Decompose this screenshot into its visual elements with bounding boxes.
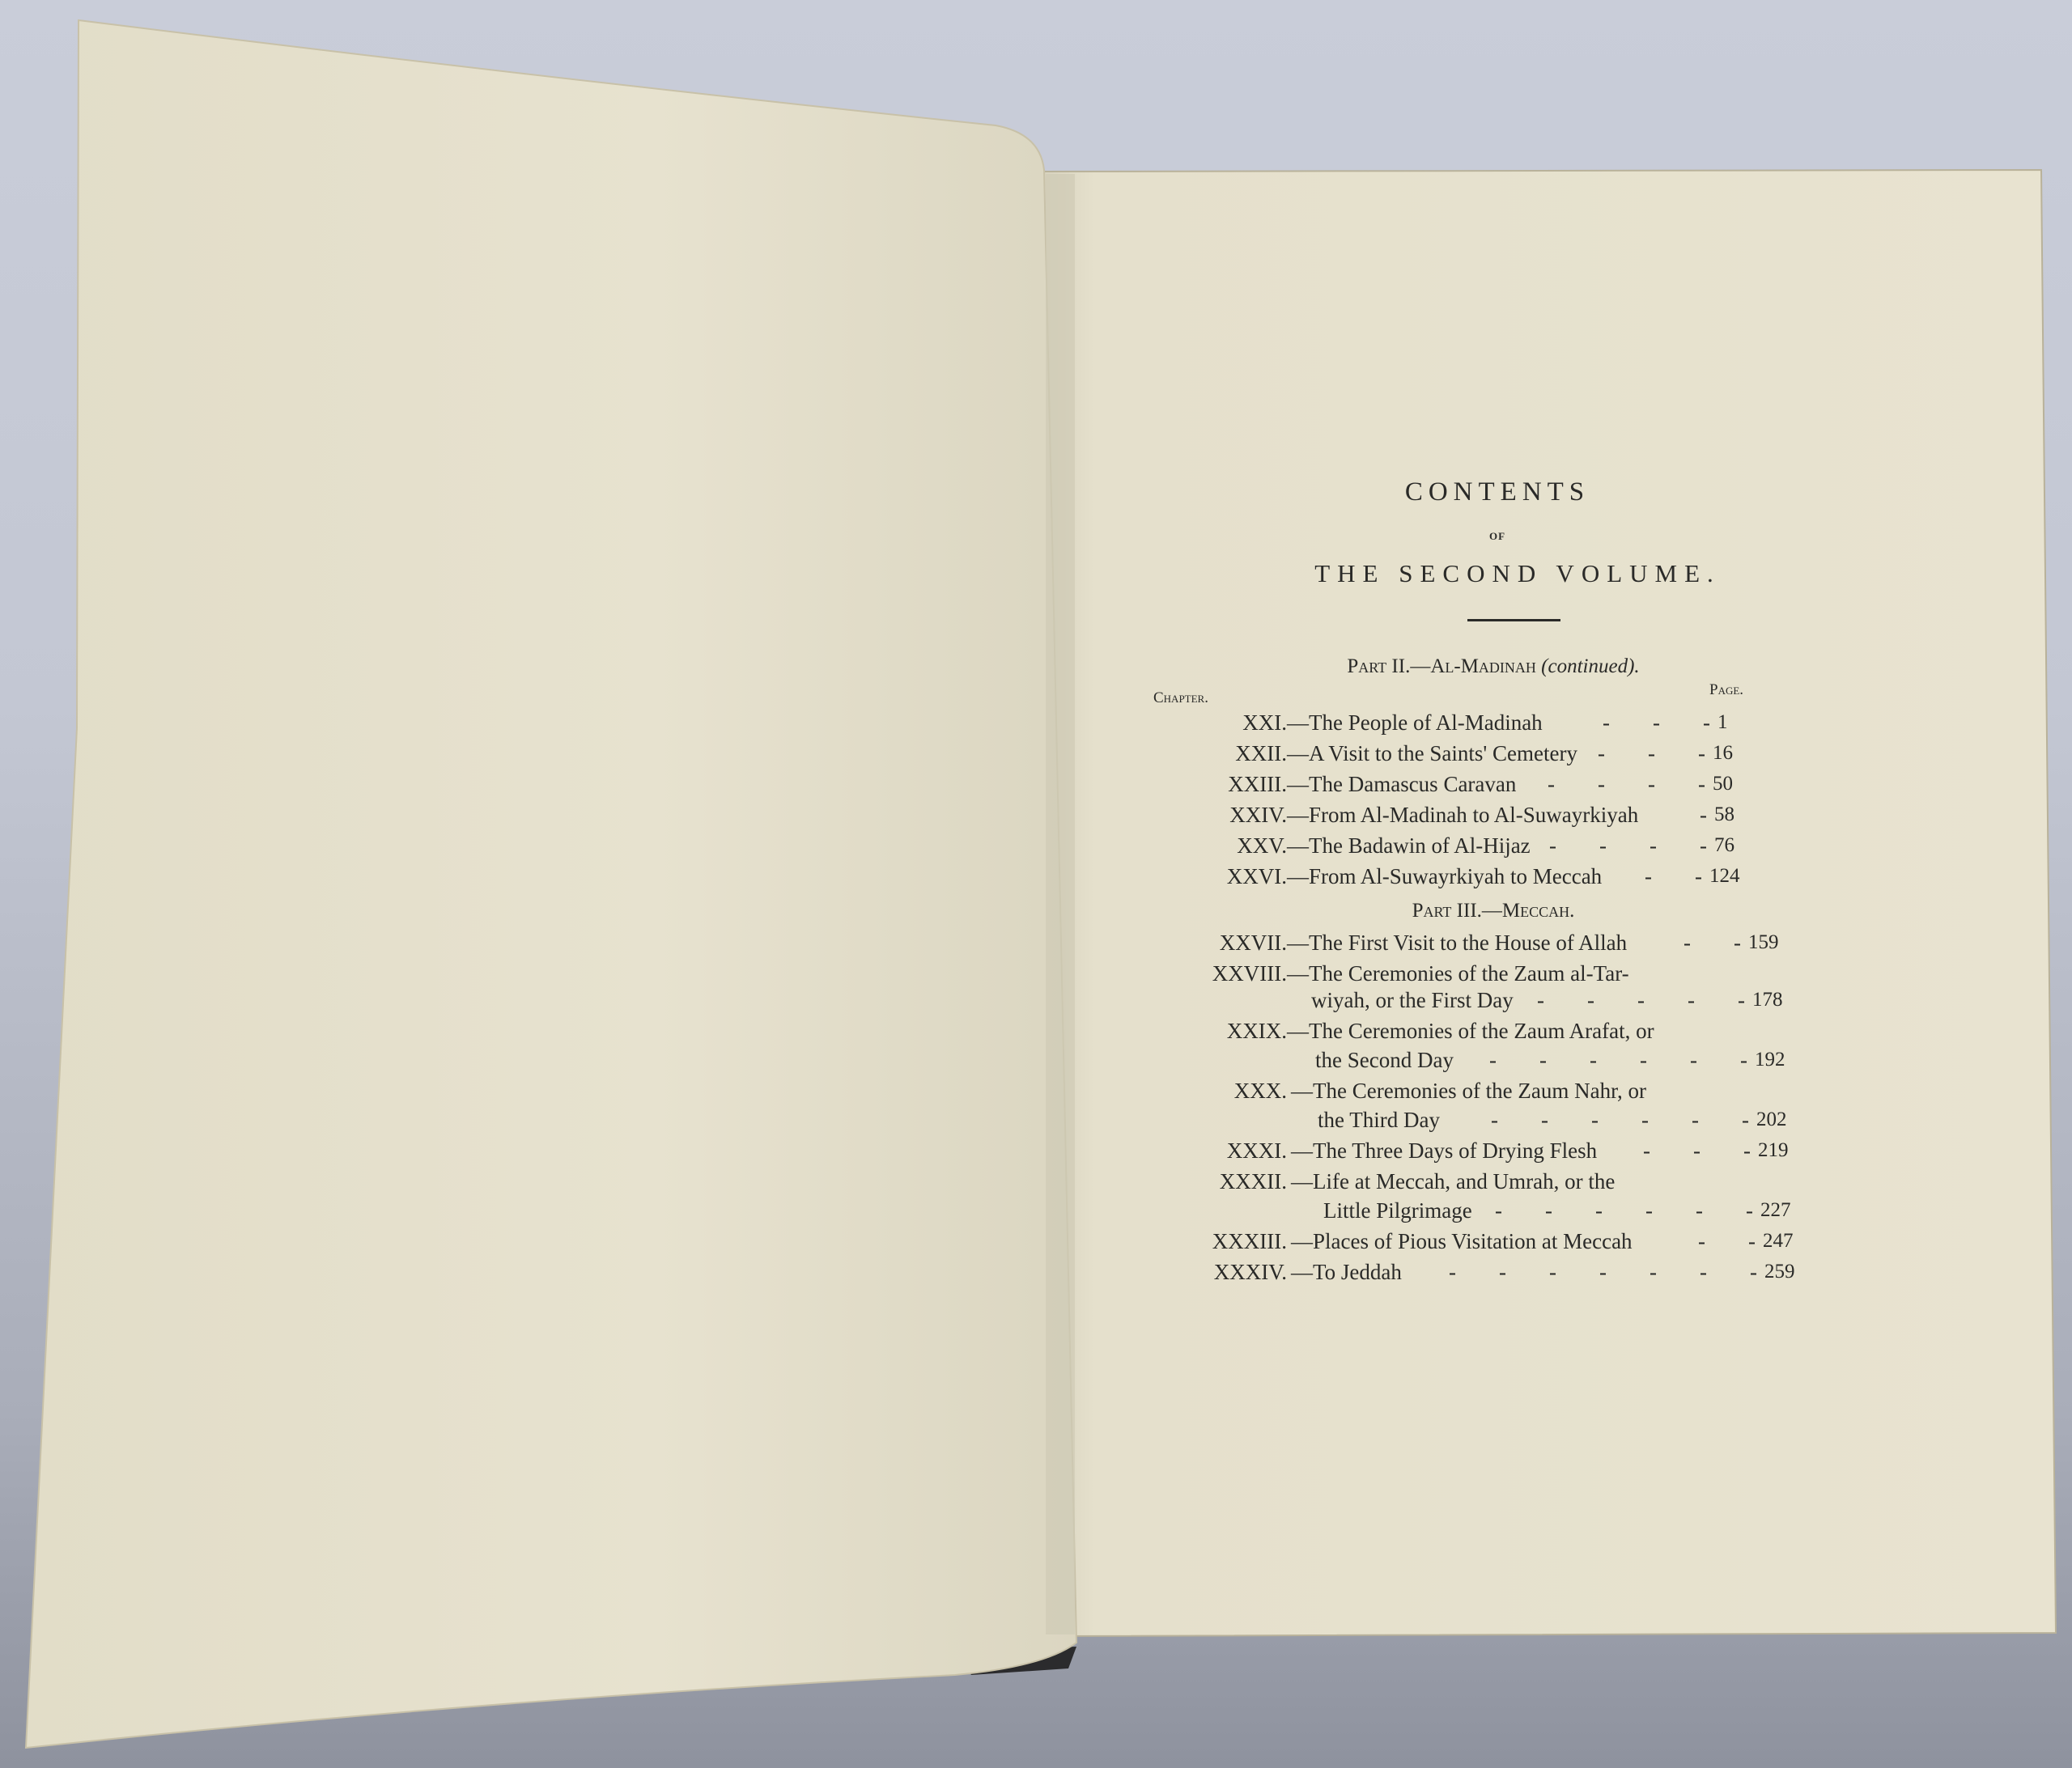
- toc-entry: XXVI.—From Al-Suwayrkiyah to Meccah124--: [1133, 861, 1829, 892]
- book-photo: CONTENTS OF THE SECOND VOLUME. Part II.—…: [0, 0, 2072, 1768]
- toc-entry: XXIII.—The Damascus Caravan50----: [1133, 769, 1829, 799]
- contents-heading: CONTENTS: [1165, 477, 1829, 507]
- chapter-column-header: Chapter.: [1153, 689, 1208, 707]
- toc-entry: XXIX.—The Ceremonies of the Zaum Arafat,…: [1133, 1015, 1829, 1075]
- toc-entry: XXVII.—The First Visit to the House of A…: [1133, 927, 1829, 958]
- part-ii-title: Part II.—Al-Madinah (continued).: [1157, 655, 1829, 678]
- toc-entry: XXXII.—Life at Meccah, and Umrah, or the…: [1133, 1166, 1829, 1226]
- toc-entry: XXI.—The People of Al-Madinah1---: [1133, 707, 1829, 738]
- toc-entry: XXII.—A Visit to the Saints' Cemetery16-…: [1133, 738, 1829, 769]
- left-page: [26, 20, 1076, 1748]
- toc-entry: XXIV.—From Al-Madinah to Al-Suwayrkiyah5…: [1133, 799, 1829, 830]
- contents-heading-of: OF: [1165, 530, 1829, 543]
- volume-heading: THE SECOND VOLUME.: [1206, 559, 1829, 588]
- column-headers: Chapter. Page.: [1133, 686, 1829, 707]
- toc-entry: XXX.—The Ceremonies of the Zaum Nahr, or…: [1133, 1075, 1829, 1135]
- page-column-header: Page.: [1709, 681, 1743, 699]
- toc-entry: XXXI.—The Three Days of Drying Flesh219-…: [1133, 1135, 1829, 1166]
- toc-entry: XXVIII.—The Ceremonies of the Zaum al-Ta…: [1133, 958, 1829, 1015]
- table-of-contents: CONTENTS OF THE SECOND VOLUME. Part II.—…: [1133, 477, 1829, 1287]
- toc-entry: XXXIV.—To Jeddah259-------: [1133, 1257, 1829, 1287]
- toc-entry: XXXIII.—Places of Pious Visitation at Me…: [1133, 1226, 1829, 1257]
- part-iii-title: Part III.—Meccah.: [1157, 900, 1829, 922]
- toc-entry: XXV.—The Badawin of Al-Hijaz76----: [1133, 830, 1829, 861]
- heading-rule: [1467, 619, 1560, 621]
